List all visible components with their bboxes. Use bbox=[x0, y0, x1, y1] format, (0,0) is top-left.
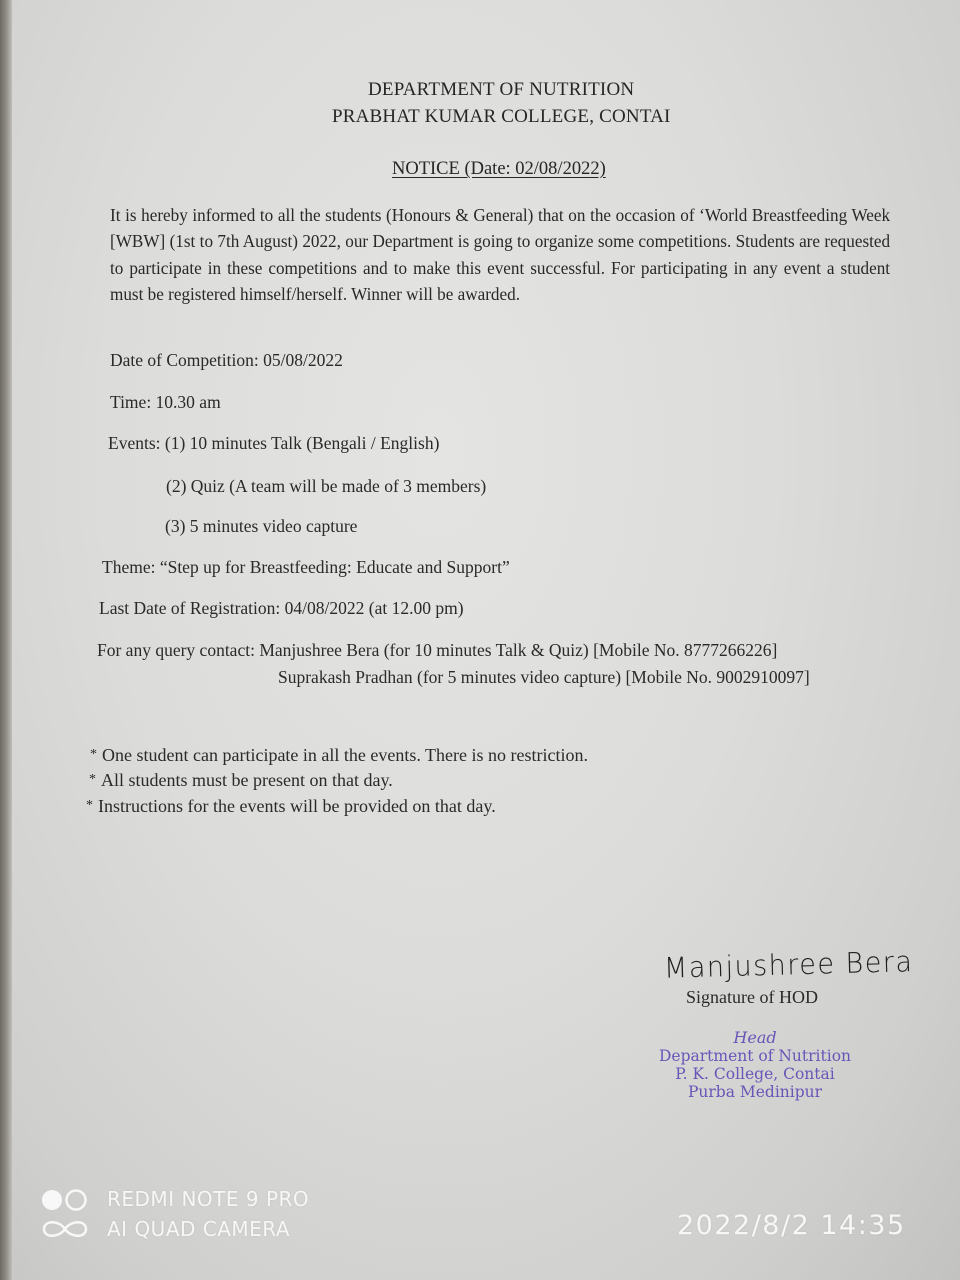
note-item: *One student can participate in all the … bbox=[90, 745, 588, 766]
contact-item: Manjushree Bera (for 10 minutes Talk & Q… bbox=[259, 640, 777, 660]
note-item: *All students must be present on that da… bbox=[89, 770, 393, 791]
contact-item: Suprakash Pradhan (for 5 minutes video c… bbox=[278, 667, 810, 688]
camera-type-text: AI QUAD CAMERA bbox=[107, 1217, 290, 1241]
theme-line: Theme: “Step up for Breastfeeding: Educa… bbox=[102, 557, 510, 578]
stamp-line: P. K. College, Contai bbox=[630, 1065, 880, 1083]
registration-deadline: Last Date of Registration: 04/08/2022 (a… bbox=[99, 598, 464, 619]
quad-camera-logo-icon bbox=[41, 1188, 89, 1240]
contact-label: For any query contact: bbox=[97, 640, 255, 660]
event-item: (3) 5 minutes video capture bbox=[165, 516, 357, 537]
events-label: Events: bbox=[108, 433, 161, 453]
events-line-1: Events: (1) 10 minutes Talk (Bengali / E… bbox=[108, 433, 439, 454]
signature-label: Signature of HOD bbox=[686, 987, 818, 1008]
hod-signature: Manjushree Bera bbox=[664, 946, 914, 985]
stamp-title: Head bbox=[630, 1028, 880, 1047]
event-item: (1) 10 minutes Talk (Bengali / English) bbox=[165, 433, 440, 453]
competition-date: Date of Competition: 05/08/2022 bbox=[110, 350, 343, 371]
stamp-line: Department of Nutrition bbox=[630, 1047, 880, 1065]
camera-model-text: REDMI NOTE 9 PRO bbox=[107, 1187, 309, 1211]
asterisk-icon: * bbox=[89, 772, 96, 787]
notice-paragraph: It is hereby informed to all the student… bbox=[110, 202, 890, 307]
contact-line-1: For any query contact: Manjushree Bera (… bbox=[97, 640, 777, 661]
asterisk-icon: * bbox=[86, 798, 93, 813]
photo-timestamp: 2022/8/2 14:35 bbox=[677, 1210, 906, 1241]
department-stamp: Head Department of Nutrition P. K. Colle… bbox=[630, 1028, 880, 1101]
department-heading: DEPARTMENT OF NUTRITION bbox=[368, 79, 634, 101]
stamp-line: Purba Medinipur bbox=[630, 1083, 880, 1101]
event-item: (2) Quiz (A team will be made of 3 membe… bbox=[166, 476, 486, 497]
competition-time: Time: 10.30 am bbox=[110, 392, 221, 413]
note-item: *Instructions for the events will be pro… bbox=[86, 796, 496, 817]
asterisk-icon: * bbox=[90, 747, 97, 762]
notice-title: NOTICE (Date: 02/08/2022) bbox=[392, 159, 606, 180]
college-heading: PRABHAT KUMAR COLLEGE, CONTAI bbox=[332, 106, 671, 128]
